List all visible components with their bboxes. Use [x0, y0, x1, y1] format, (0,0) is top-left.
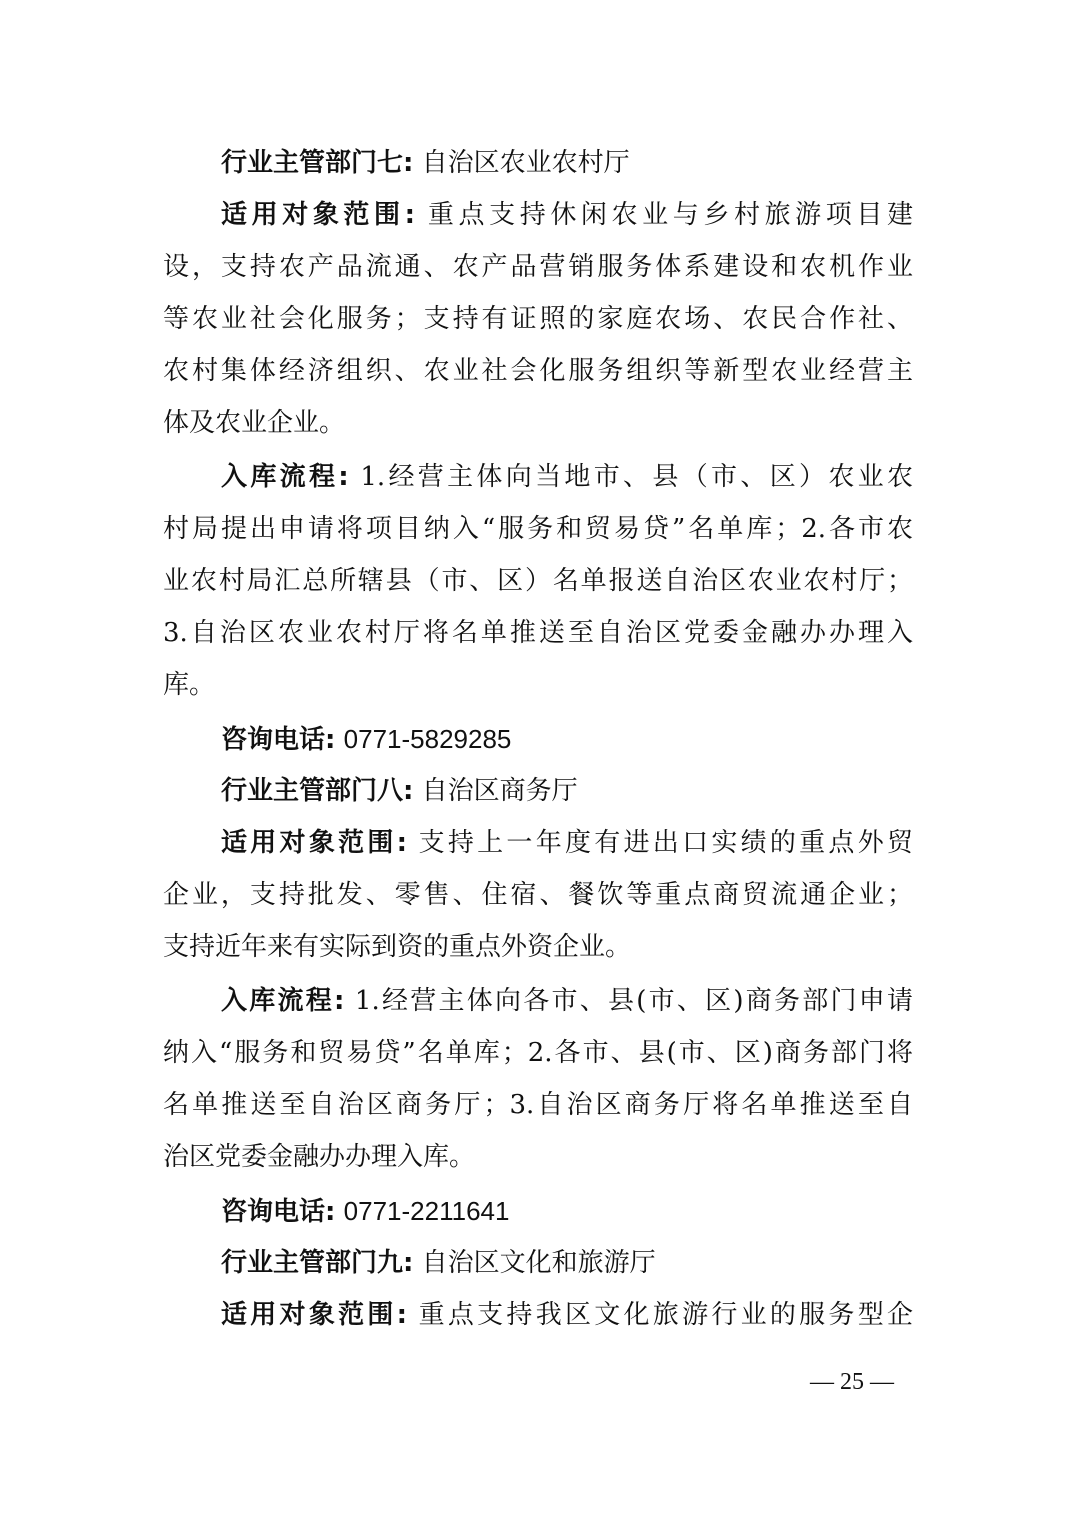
phone-line-8: 咨询电话: 0771-2211641: [221, 1194, 913, 1229]
scope-line: 企业，支持批发、零售、住宿、餐饮等重点商贸流通企业；: [163, 878, 913, 912]
dept-label: 行业主管部门八:: [221, 776, 413, 806]
process-line: 入库流程: 1.经营主体向各市、县(市、区)商务部门申请: [221, 984, 913, 1018]
process-line: 名单推送至自治区商务厅；3.自治区商务厅将名单推送至自: [163, 1088, 913, 1122]
scope-line: 农村集体经济组织、农业社会化服务组织等新型农业经营主: [163, 354, 913, 388]
phone-label: 咨询电话:: [221, 725, 335, 755]
scope-label: 适用对象范围:: [221, 200, 415, 230]
scope-line: 适用对象范围: 重点支持我区文化旅游行业的服务型企: [221, 1298, 913, 1332]
page-number: — 25 —: [810, 1367, 894, 1397]
process-line: 3.自治区农业农村厅将名单推送至自治区党委金融办办理入: [163, 616, 913, 650]
process-label: 入库流程:: [221, 986, 344, 1016]
process-label: 入库流程:: [221, 462, 349, 492]
scope-line: 适用对象范围: 支持上一年度有进出口实绩的重点外贸: [221, 826, 913, 860]
dept-label: 行业主管部门九:: [221, 1248, 413, 1278]
scope-line: 体及农业企业。: [163, 406, 913, 440]
process-line: 治区党委金融办办理入库。: [163, 1140, 913, 1174]
dept-name: 自治区商务厅: [422, 776, 578, 806]
phone-line-7: 咨询电话: 0771-5829285: [221, 722, 913, 757]
process-line: 库。: [163, 668, 913, 702]
scope-line: 支持近年来有实际到资的重点外资企业。: [163, 930, 913, 964]
dept-name: 自治区农业农村厅: [422, 148, 630, 178]
scope-text: 支持上一年度有进出口实绩的重点外贸: [419, 828, 913, 858]
phone-number: 0771-2211641: [344, 1196, 510, 1226]
scope-line: 适用对象范围: 重点支持休闲农业与乡村旅游项目建: [221, 198, 913, 232]
process-line: 入库流程: 1.经营主体向当地市、县（市、区）农业农: [221, 460, 913, 494]
dept-heading-9: 行业主管部门九: 自治区文化和旅游厅: [221, 1246, 913, 1280]
phone-number: 0771-5829285: [344, 724, 512, 754]
dept-name: 自治区文化和旅游厅: [422, 1248, 656, 1278]
dept-heading-8: 行业主管部门八: 自治区商务厅: [221, 774, 913, 808]
process-line: 纳入“服务和贸易贷”名单库；2.各市、县(市、区)商务部门将: [163, 1036, 913, 1070]
scope-label: 适用对象范围:: [221, 1300, 407, 1330]
dept-label: 行业主管部门七:: [221, 148, 413, 178]
scope-line: 等农业社会化服务；支持有证照的家庭农场、农民合作社、: [163, 302, 913, 336]
document-page: 行业主管部门七: 自治区农业农村厅 适用对象范围: 重点支持休闲农业与乡村旅游项…: [0, 0, 1074, 1520]
process-text: 1.经营主体向当地市、县（市、区）农业农: [360, 462, 913, 492]
process-line: 村局提出申请将项目纳入“服务和贸易贷”名单库；2.各市农: [163, 512, 913, 546]
process-line: 业农村局汇总所辖县（市、区）名单报送自治区农业农村厅；: [163, 564, 913, 598]
scope-text: 重点支持休闲农业与乡村旅游项目建: [428, 200, 913, 230]
scope-line: 设，支持农产品流通、农产品营销服务体系建设和农机作业: [163, 250, 913, 284]
dept-heading-7: 行业主管部门七: 自治区农业农村厅: [221, 146, 913, 180]
process-text: 1.经营主体向各市、县(市、区)商务部门申请: [355, 986, 913, 1016]
scope-text: 重点支持我区文化旅游行业的服务型企: [419, 1300, 913, 1330]
scope-label: 适用对象范围:: [221, 828, 407, 858]
phone-label: 咨询电话:: [221, 1197, 335, 1227]
